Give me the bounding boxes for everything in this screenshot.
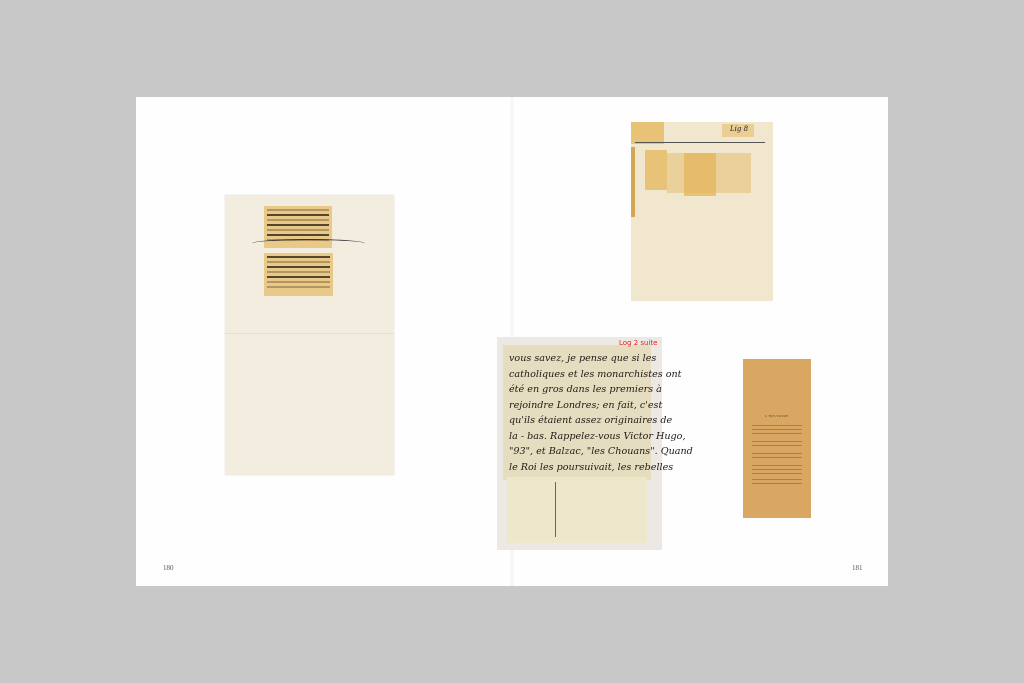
folder-label: Lig 8 [730,125,748,133]
hw-line: catholiques et les monarchistes ont [509,367,649,383]
hw-line: vous savez, je pense que si les [509,351,649,367]
ruled-line [635,142,765,143]
pen-stroke [252,239,365,248]
fold-line [225,333,394,334]
red-annotation: Log 2 suite [619,339,658,347]
hw-line: "93", et Balzac, "les Chouans". Quand [509,444,649,460]
page-number-left: 180 [163,564,174,572]
handwritten-note: Log 2 suite vous savez, je pense que si … [497,337,662,550]
book-spread: Lig 8 Log 2 suite vous savez, je pense q… [136,97,888,586]
hw-line: qu'ils étaient assez originaires de [509,413,649,429]
hw-line: rejoindre Londres; en fait, c'est [509,398,649,414]
lower-sheet [507,477,647,543]
manuscript-sheet [225,195,394,475]
hw-line: la - bas. Rappelez-vous Victor Hugo, [509,429,649,445]
handwritten-text: vous savez, je pense que si les catholiq… [509,351,649,475]
folder-cover: Lig 8 [631,122,773,301]
newspaper-clipping-2 [264,253,333,296]
printed-heading: L'HISTOIRE [743,414,811,418]
page-number-right: 181 [852,564,863,572]
red-margin [555,482,556,537]
printed-page: L'HISTOIRE [743,359,811,518]
hw-line: été en gros dans les premiers à [509,382,649,398]
hw-line: le Roi les poursuivait, les rebelles [509,460,649,476]
